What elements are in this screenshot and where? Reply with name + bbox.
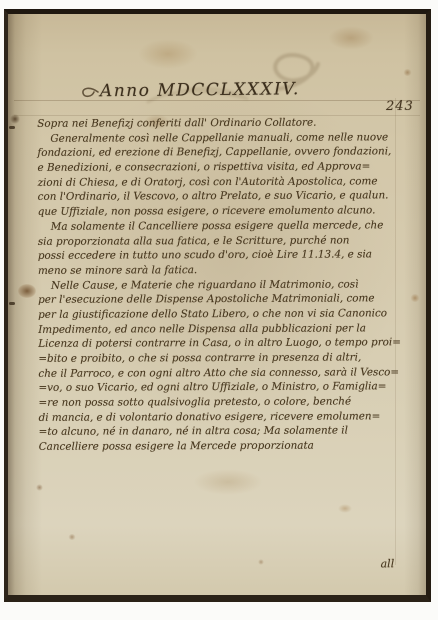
manuscript-line: Impedimento, ed anco nelle Dispensa alla… [38,321,420,337]
manuscript-line: =to alcuno, né in danaro, né in altra co… [39,424,421,440]
catchword: all [39,557,394,573]
manuscript-line: Sopra nei Benefizj conferiti dall' Ordin… [37,115,419,131]
manuscript-line: di mancia, e di volontario donativo esig… [39,409,421,425]
paper-stain [193,469,263,495]
paper-stain [36,484,43,491]
manuscript-line: per la giustificazione dello Stato Liber… [38,306,420,322]
ruled-line [14,100,420,101]
paper-stain [338,504,352,513]
manuscript-scan: Anno MDCCLXXXIV. 243 Sopra nei Benefizj … [0,0,438,620]
manuscript-line: Ma solamente il Cancelliere possa esiger… [38,218,420,234]
year-heading: Anno MDCCLXXXIV. [100,79,350,102]
manuscript-line: Licenza di potersi contrarre in Casa, o … [38,335,420,351]
manuscript-line: =re non possa sotto qualsivoglia pretest… [38,394,420,410]
manuscript-line: per l'esecuzione delle Dispense Apostoli… [38,291,420,307]
binding-stitch [9,302,15,305]
manuscript-line: fondazioni, ed erezione di Benefizj, Cap… [37,145,419,161]
paper-stain [403,69,412,76]
manuscript-line: Nelle Cause, e Materie che riguardano il… [38,277,420,293]
paper-stain [18,284,36,298]
manuscript-line: que Uffiziale, non possa esigere, o rice… [38,203,420,219]
manuscript-line: meno se minore sarà la fatica. [38,262,420,278]
manuscript-text-block: Sopra nei Benefizj conferiti dall' Ordin… [37,115,420,454]
manuscript-line: possi eccedere in tutto uno scudo d'oro,… [38,247,420,263]
manuscript-line: Generalmente così nelle Cappellanie manu… [37,130,419,146]
manuscript-line: zioni di Chiesa, e di Oratorj, così con … [38,174,420,190]
manuscript-line: sia proporzionata alla sua fatica, e le … [38,233,420,249]
manuscript-line: che il Parroco, e con ogni altro Atto ch… [38,365,420,381]
paper-stain [328,26,374,50]
manuscript-line: =vo, o suo Vicario, ed ogni altro Uffizi… [38,380,420,396]
folio-number: 243 [386,99,414,114]
manuscript-line: Cancelliere possa esigere la Mercede pro… [39,438,421,454]
manuscript-line: con l'Ordinario, il Vescovo, o altro Pre… [38,189,420,205]
paper-stain [68,534,76,540]
binding-stitch [9,126,15,129]
manuscript-line: e Benedizioni, e consecrazioni, o rispet… [37,159,419,175]
title-flourish-icon [78,84,102,100]
paper-stain [138,39,198,69]
manuscript-page: Anno MDCCLXXXIV. 243 Sopra nei Benefizj … [4,9,431,602]
manuscript-line: =bito e proibito, o che si possa contrar… [38,350,420,366]
